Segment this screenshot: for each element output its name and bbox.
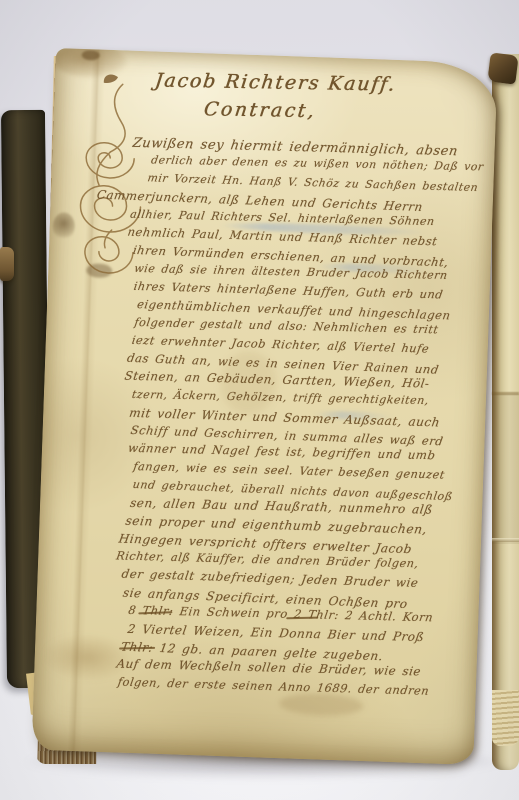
manuscript-line: 2 Viertel Weizen, Ein Donna Bier und Pro… [127,623,425,643]
right-page-fold-shade [492,394,519,544]
right-page-fold-highlight [492,538,519,542]
manuscript-page: Jacob Richters Kauff. Contract, Zuwißen … [32,48,498,765]
clasp-remnant [0,247,14,281]
manuscript-lines: Zuwißen sey hiermit iedermänniglich, abs… [32,48,498,765]
manuscript-line: folgen, der erste seinen Anno 1689. der … [117,677,430,697]
manuscript-line: tzern, Äckern, Gehölzen, trifft gerechti… [131,389,430,406]
manuscript-photo: Jacob Richters Kauff. Contract, Zuwißen … [0,0,519,800]
manuscript-line: fangen, wie es sein seel. Vater beseßen … [133,461,446,481]
right-page-edge-stack [492,690,519,746]
